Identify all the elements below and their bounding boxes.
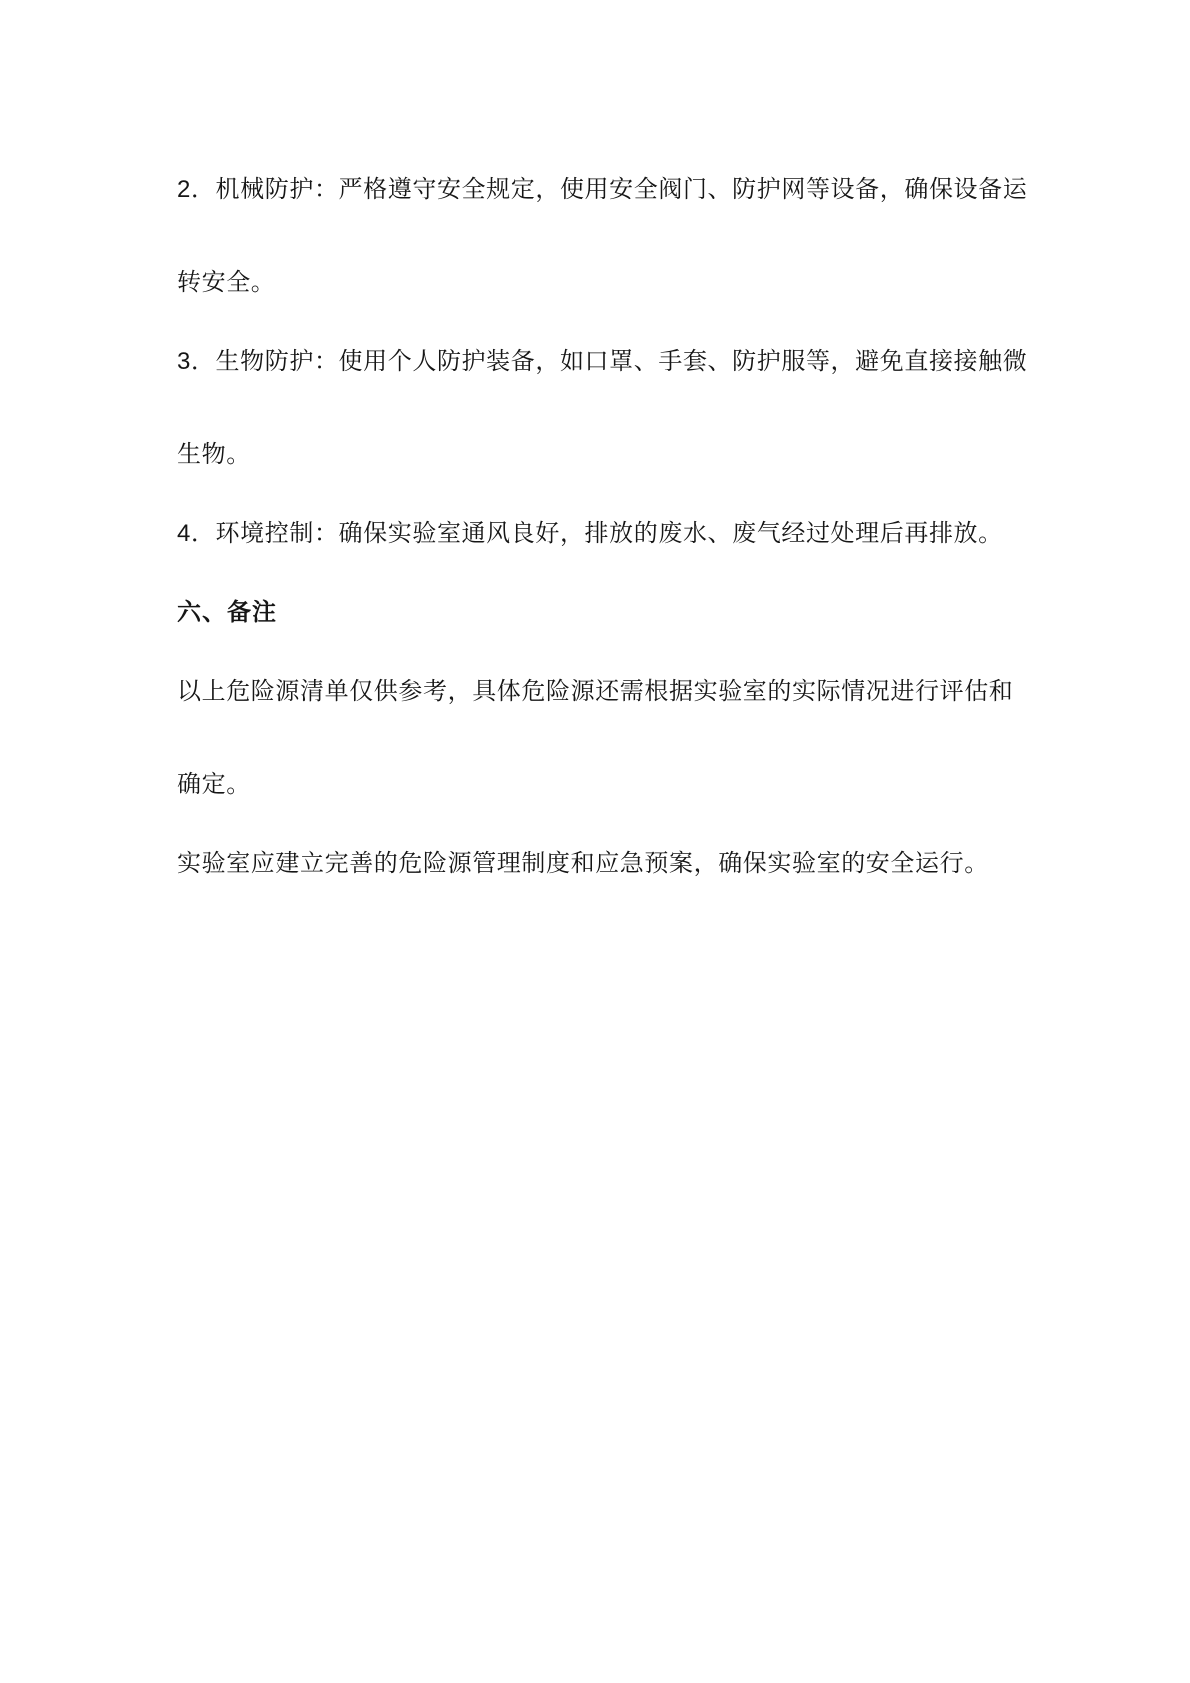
document-page: 2．机械防护：严格遵守安全规定，使用安全阀门、防护网等设备，确保设备运转安全。3… bbox=[0, 0, 1190, 1683]
paragraph-text-line: 以上危险源清单仅供参考，具体危险源还需根据实验室的实际情况进行评估和 bbox=[177, 642, 1040, 735]
list-item-3-biological-protection: 3．生物防护：使用个人防护装备，如口罩、手套、防护服等，避免直接接触微生物。 bbox=[177, 312, 1040, 498]
paragraph-text-line: 2．机械防护：严格遵守安全规定，使用安全阀门、防护网等设备，确保设备运 bbox=[177, 140, 1040, 233]
paragraph-text-line: 实验室应建立完善的危险源管理制度和应急预案，确保实验室的安全运行。 bbox=[177, 814, 1040, 907]
list-item-2-mechanical-protection: 2．机械防护：严格遵守安全规定，使用安全阀门、防护网等设备，确保设备运转安全。 bbox=[177, 140, 1040, 326]
paragraph-text-line: 3．生物防护：使用个人防护装备，如口罩、手套、防护服等，避免直接接触微 bbox=[177, 312, 1040, 405]
remarks-paragraph-1: 以上危险源清单仅供参考，具体危险源还需根据实验室的实际情况进行评估和确定。 bbox=[177, 642, 1040, 828]
document-content: 2．机械防护：严格遵守安全规定，使用安全阀门、防护网等设备，确保设备运转安全。3… bbox=[177, 140, 1040, 907]
remarks-paragraph-2: 实验室应建立完善的危险源管理制度和应急预案，确保实验室的安全运行。 bbox=[177, 814, 1040, 907]
